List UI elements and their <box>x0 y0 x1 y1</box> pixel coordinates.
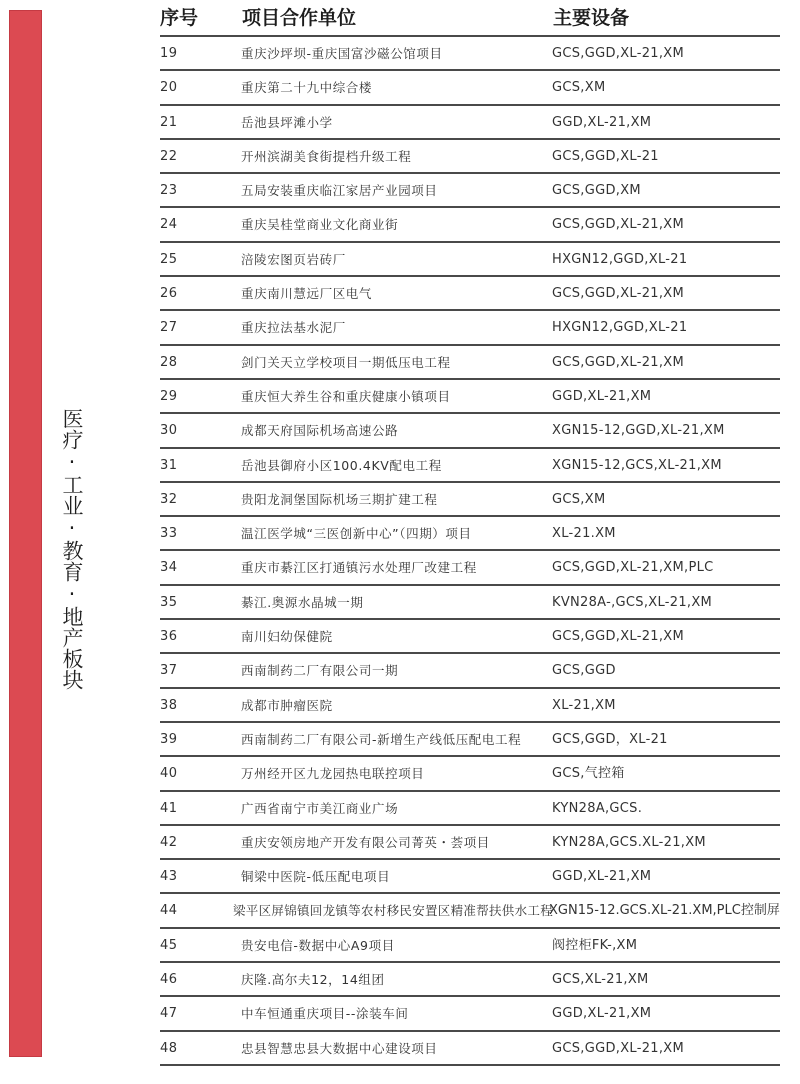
table-row: 25涪陵宏图页岩砖厂HXGN12,GGD,XL-21 <box>160 243 780 277</box>
row-equipment: XL-21.XM <box>552 526 616 542</box>
row-unit: 重庆吴桂堂商业文化商业街 <box>241 217 398 233</box>
row-no: 20 <box>160 80 178 96</box>
row-no: 40 <box>160 766 178 782</box>
row-no: 37 <box>160 663 178 679</box>
row-no: 25 <box>160 252 178 268</box>
accent-bar <box>9 10 42 1057</box>
project-table: 序号 项目合作单位 主要设备 19重庆沙坪坝-重庆国富沙磁公馆项目GCS,GGD… <box>160 0 780 1066</box>
row-no: 35 <box>160 595 178 611</box>
row-equipment: GCS,GGD，XL-21 <box>552 732 668 748</box>
row-unit: 温江医学城“三医创新中心”（四期）项目 <box>241 526 472 542</box>
row-no: 41 <box>160 801 178 817</box>
table-row: 33温江医学城“三医创新中心”（四期）项目XL-21.XM <box>160 517 780 551</box>
row-unit: 岳池县坪滩小学 <box>241 115 333 131</box>
row-no: 38 <box>160 698 178 714</box>
table-row: 41广西省南宁市美江商业广场KYN28A,GCS. <box>160 792 780 826</box>
row-equipment: GCS,GGD,XL-21 <box>552 149 659 165</box>
table-row: 45贵安电信-数据中心A9项目阀控柜FK-,XM <box>160 929 780 963</box>
row-unit: 西南制药二厂有限公司一期 <box>241 663 398 679</box>
header-unit: 项目合作单位 <box>242 6 356 30</box>
row-no: 43 <box>160 869 178 885</box>
row-no: 29 <box>160 389 178 405</box>
row-no: 39 <box>160 732 178 748</box>
table-row: 26重庆南川慧远厂区电气GCS,GGD,XL-21,XM <box>160 277 780 311</box>
row-equipment: XL-21,XM <box>552 698 616 714</box>
row-no: 27 <box>160 320 178 336</box>
section-title: 医疗·工业·教育·地产板块 <box>56 408 84 690</box>
row-equipment: GCS,气控箱 <box>552 766 625 782</box>
table-row: 23五局安装重庆临江家居产业园项目GCS,GGD,XM <box>160 174 780 208</box>
table-row: 22开州滨湖美食街提档升级工程GCS,GGD,XL-21 <box>160 140 780 174</box>
row-unit: 剑门关天立学校项目一期低压电工程 <box>241 355 451 371</box>
row-no: 26 <box>160 286 178 302</box>
row-equipment: GGD,XL-21,XM <box>552 389 651 405</box>
row-equipment: 阀控柜FK-,XM <box>552 938 637 954</box>
table-row: 38成都市肿瘤医院XL-21,XM <box>160 689 780 723</box>
row-unit: 中车恒通重庆项目--涂装车间 <box>241 1006 408 1022</box>
table-row: 29重庆恒大养生谷和重庆健康小镇项目GGD,XL-21,XM <box>160 380 780 414</box>
table-row: 19重庆沙坪坝-重庆国富沙磁公馆项目GCS,GGD,XL-21,XM <box>160 37 780 71</box>
row-no: 48 <box>160 1041 178 1057</box>
table-row: 32贵阳龙洞堡国际机场三期扩建工程GCS,XM <box>160 483 780 517</box>
row-unit: 庆隆.高尔夫12，14组团 <box>241 972 385 988</box>
row-no: 42 <box>160 835 178 851</box>
row-unit: 重庆第二十九中综合楼 <box>241 80 372 96</box>
row-no: 31 <box>160 458 178 474</box>
row-equipment: KYN28A,GCS.XL-21,XM <box>552 835 706 851</box>
table-row: 47中车恒通重庆项目--涂装车间GGD,XL-21,XM <box>160 997 780 1031</box>
row-equipment: XGN15-12.GCS.XL-21.XM,PLC控制屏 <box>549 903 780 919</box>
row-no: 23 <box>160 183 178 199</box>
table-row: 39西南制药二厂有限公司-新增生产线低压配电工程GCS,GGD，XL-21 <box>160 723 780 757</box>
row-unit: 广西省南宁市美江商业广场 <box>241 801 398 817</box>
row-equipment: GGD,XL-21,XM <box>552 1006 651 1022</box>
row-no: 24 <box>160 217 178 233</box>
row-equipment: XGN15-12,GCS,XL-21,XM <box>552 458 722 474</box>
row-equipment: GCS,XL-21,XM <box>552 972 649 988</box>
table-row: 31岳池县御府小区100.4KV配电工程XGN15-12,GCS,XL-21,X… <box>160 449 780 483</box>
row-unit: 万州经开区九龙园热电联控项目 <box>241 766 424 782</box>
row-unit: 梁平区屏锦镇回龙镇等农村移民安置区精准帮扶供水工程 <box>233 903 553 919</box>
table-row: 35綦江.奥源水晶城一期KVN28A-,GCS,XL-21,XM <box>160 586 780 620</box>
table-row: 27重庆拉法基水泥厂HXGN12,GGD,XL-21 <box>160 311 780 345</box>
row-unit: 涪陵宏图页岩砖厂 <box>241 252 346 268</box>
row-unit: 成都市肿瘤医院 <box>241 698 333 714</box>
row-unit: 綦江.奥源水晶城一期 <box>241 595 363 611</box>
table-row: 30成都天府国际机场高速公路XGN15-12,GGD,XL-21,XM <box>160 414 780 448</box>
row-unit: 开州滨湖美食街提档升级工程 <box>241 149 411 165</box>
row-no: 47 <box>160 1006 178 1022</box>
row-unit: 铜梁中医院-低压配电项目 <box>241 869 390 885</box>
row-equipment: GCS,XM <box>552 80 605 96</box>
row-no: 21 <box>160 115 178 131</box>
table-row: 36南川妇幼保健院GCS,GGD,XL-21,XM <box>160 620 780 654</box>
table-row: 20重庆第二十九中综合楼GCS,XM <box>160 71 780 105</box>
row-unit: 重庆沙坪坝-重庆国富沙磁公馆项目 <box>241 46 443 62</box>
row-equipment: HXGN12,GGD,XL-21 <box>552 252 687 268</box>
row-no: 44 <box>160 903 178 919</box>
table-row: 24重庆吴桂堂商业文化商业街GCS,GGD,XL-21,XM <box>160 208 780 242</box>
row-equipment: KVN28A-,GCS,XL-21,XM <box>552 595 712 611</box>
row-no: 30 <box>160 423 178 439</box>
row-unit: 贵安电信-数据中心A9项目 <box>241 938 395 954</box>
table-row: 43铜梁中医院-低压配电项目GGD,XL-21,XM <box>160 860 780 894</box>
row-equipment: GCS,GGD,XL-21,XM <box>552 217 684 233</box>
row-equipment: GCS,XM <box>552 492 605 508</box>
table-row: 21岳池县坪滩小学GGD,XL-21,XM <box>160 106 780 140</box>
row-unit: 岳池县御府小区100.4KV配电工程 <box>241 458 442 474</box>
row-equipment: GCS,GGD,XL-21,XM <box>552 1041 684 1057</box>
row-no: 32 <box>160 492 178 508</box>
table-row: 46庆隆.高尔夫12，14组团GCS,XL-21,XM <box>160 963 780 997</box>
row-no: 45 <box>160 938 178 954</box>
row-equipment: HXGN12,GGD,XL-21 <box>552 320 687 336</box>
table-row: 37西南制药二厂有限公司一期GCS,GGD <box>160 654 780 688</box>
table-row: 40万州经开区九龙园热电联控项目GCS,气控箱 <box>160 757 780 791</box>
row-equipment: GCS,GGD,XL-21,XM,PLC <box>552 560 714 576</box>
row-no: 28 <box>160 355 178 371</box>
row-equipment: GCS,GGD,XM <box>552 183 641 199</box>
table-header: 序号 项目合作单位 主要设备 <box>160 0 780 37</box>
row-unit: 西南制药二厂有限公司-新增生产线低压配电工程 <box>241 732 521 748</box>
row-equipment: GCS,GGD,XL-21,XM <box>552 355 684 371</box>
row-equipment: GCS,GGD <box>552 663 616 679</box>
row-unit: 成都天府国际机场高速公路 <box>241 423 398 439</box>
row-unit: 忠县智慧忠县大数据中心建设项目 <box>241 1041 438 1057</box>
row-equipment: XGN15-12,GGD,XL-21,XM <box>552 423 725 439</box>
row-no: 33 <box>160 526 178 542</box>
row-no: 34 <box>160 560 178 576</box>
table-row: 48忠县智慧忠县大数据中心建设项目GCS,GGD,XL-21,XM <box>160 1032 780 1066</box>
row-equipment: GCS,GGD,XL-21,XM <box>552 629 684 645</box>
row-no: 22 <box>160 149 178 165</box>
table-row: 28剑门关天立学校项目一期低压电工程GCS,GGD,XL-21,XM <box>160 346 780 380</box>
row-unit: 重庆安领房地产开发有限公司菁英・荟项目 <box>241 835 490 851</box>
row-equipment: GCS,GGD,XL-21,XM <box>552 286 684 302</box>
row-equipment: GGD,XL-21,XM <box>552 115 651 131</box>
row-no: 19 <box>160 46 178 62</box>
header-equipment: 主要设备 <box>553 6 629 30</box>
header-no: 序号 <box>160 6 198 30</box>
table-row: 44梁平区屏锦镇回龙镇等农村移民安置区精准帮扶供水工程XGN15-12.GCS.… <box>160 894 780 928</box>
row-unit: 重庆南川慧远厂区电气 <box>241 286 372 302</box>
row-unit: 重庆拉法基水泥厂 <box>241 320 346 336</box>
row-equipment: GGD,XL-21,XM <box>552 869 651 885</box>
row-no: 46 <box>160 972 178 988</box>
row-equipment: KYN28A,GCS. <box>552 801 642 817</box>
table-row: 42重庆安领房地产开发有限公司菁英・荟项目KYN28A,GCS.XL-21,XM <box>160 826 780 860</box>
row-unit: 五局安装重庆临江家居产业园项目 <box>241 183 438 199</box>
row-unit: 贵阳龙洞堡国际机场三期扩建工程 <box>241 492 438 508</box>
row-no: 36 <box>160 629 178 645</box>
row-unit: 重庆恒大养生谷和重庆健康小镇项目 <box>241 389 451 405</box>
row-unit: 重庆市綦江区打通镇污水处理厂改建工程 <box>241 560 477 576</box>
row-equipment: GCS,GGD,XL-21,XM <box>552 46 684 62</box>
table-row: 34重庆市綦江区打通镇污水处理厂改建工程GCS,GGD,XL-21,XM,PLC <box>160 551 780 585</box>
row-unit: 南川妇幼保健院 <box>241 629 333 645</box>
